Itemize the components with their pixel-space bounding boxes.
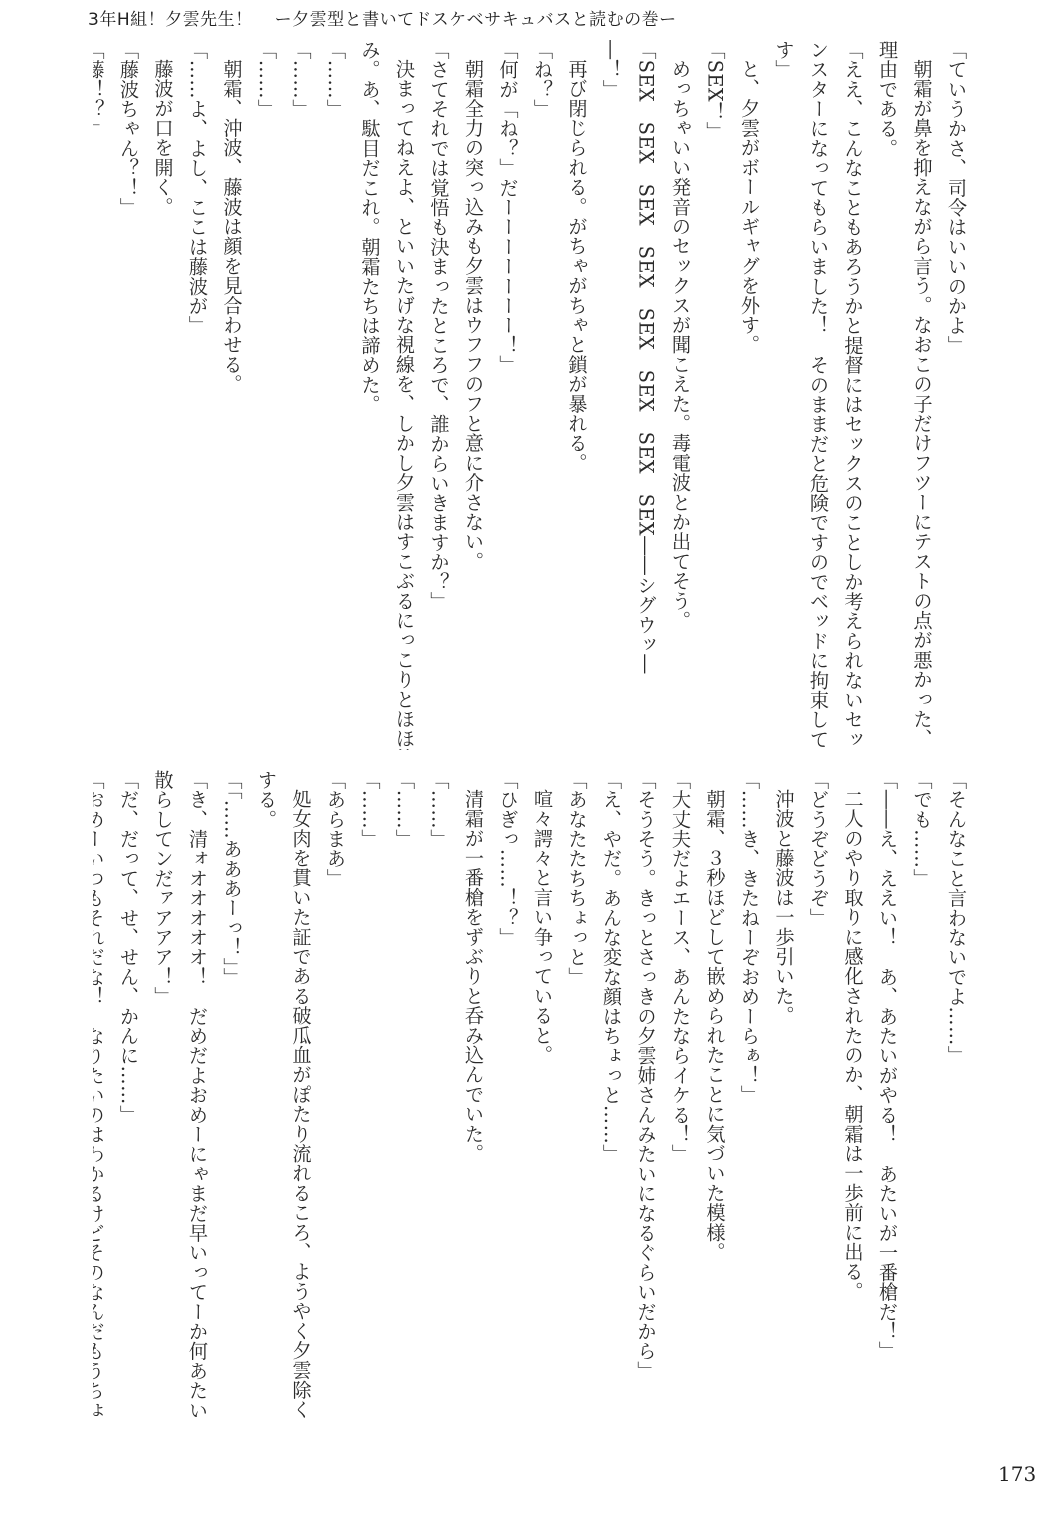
text-line: 「だ、だって、せ、せん、かんに……」 xyxy=(111,770,146,1420)
page-number: 173 xyxy=(998,1462,1038,1486)
text-line: 「SEX SEX SEX SEX SEX SEX SEX SEX――シグウッ― xyxy=(628,40,663,750)
text-line: 朝霜、沖波、藤波は顔を見合わせる。 xyxy=(214,40,249,750)
text-line: 「……」 xyxy=(387,770,422,1420)
text-line: 「おめーいつもそれだな！ なりたいのはわかるけどそのなんだもうちょっと状況の判 xyxy=(93,770,111,1420)
text-line: 「ていうかさ、司令はいいのかよ」 xyxy=(939,40,974,750)
text-line: 「……」 xyxy=(421,770,456,1420)
text-line: 喧々諤々と言い争っていると。 xyxy=(525,770,560,1420)
text-line: 「……」 xyxy=(352,770,387,1420)
series-title: 3年H組！夕雲先生！ xyxy=(88,10,253,30)
text-line: 「……き、きたねーぞおめーらぁ！」 xyxy=(732,770,767,1420)
text-line: 「……よ、よし、ここは藤波が」 xyxy=(180,40,215,750)
text-line: 「藤！？」 xyxy=(93,40,111,750)
text-line: 「ひぎっ……！？」 xyxy=(490,770,525,1420)
text-line: 「SEX！」 xyxy=(697,40,732,750)
text-line: 「あなたたちちょっと」 xyxy=(559,770,594,1420)
text-line: 「藤波ちゃん？！」 xyxy=(111,40,146,750)
text-line: 「ええ、こんなこともあろうかと提督にはセックスのことしか考えられないセックスモ xyxy=(835,40,870,750)
text-line: 理由である。 xyxy=(870,40,905,750)
text-line: 処女肉を貫いた証である破瓜血がぽたり流れるころ、ようやく夕雲除く三人がはっと xyxy=(283,770,318,1420)
text-line: 「え、やだ。あんな変な顔はちょっと……」 xyxy=(594,770,629,1420)
text-line: 清霜が一番槍をずぶりと呑み込んでいた。 xyxy=(456,770,491,1420)
text-line: 「大丈夫だよエース、あんたならイケる！」 xyxy=(663,770,698,1420)
text-line: 朝霜が鼻を抑えながら言う。なおこの子だけフツーにテストの点が悪かった、という xyxy=(904,40,939,750)
text-line: 「――え、ええい！ あ、あたいがやる！ あたいが一番槍だ！」 xyxy=(870,770,905,1420)
text-line: 「……」 xyxy=(249,40,284,750)
text-line: 散らしてンだァアアア！」 xyxy=(145,770,180,1420)
text-line: と、夕雲がボールギャグを外す。 xyxy=(732,40,767,750)
text-line: 朝霜全力の突っ込みも夕雲はウフフのフと意に介さない。 xyxy=(456,40,491,750)
chapter-title: ー夕雲型と書いてドスケベサキュバスと読むの巻ー xyxy=(275,10,677,30)
text-line: 「ね？」 xyxy=(525,40,560,750)
text-line: めっちゃいい発音のセックスが聞こえた。毒電波とか出てそう。 xyxy=(663,40,698,750)
text-line: 沖波と藤波は一歩引いた。 xyxy=(766,770,801,1420)
text-line: 再び閉じられる。がちゃがちゃと鎖が暴れる。 xyxy=(559,40,594,750)
text-line: 「さてそれでは覚悟も決まったところで、誰からいきますか？」 xyxy=(421,40,456,750)
text-block-top: 「ていうかさ、司令はいいのかよ」朝霜が鼻を抑えながら言う。なおこの子だけフツーに… xyxy=(93,40,973,750)
running-head: 3年H組！夕雲先生！ー夕雲型と書いてドスケベサキュバスと読むの巻ー xyxy=(88,6,988,34)
text-block-bottom: 「そんなこと言わないでよ……」「でも……」「――え、ええい！ あ、あたいがやる！… xyxy=(93,770,973,1420)
text-line: 「そうそう。きっとさっきの夕雲姉さんみたいになるぐらいだから」 xyxy=(628,770,663,1420)
text-line: 「何が「ね？」だーーーーーーー！」 xyxy=(490,40,525,750)
text-line: 「き、清ォオオオオオ！ だめだよおめーにゃまだ早いってーか何あたいより先に処女 xyxy=(180,770,215,1420)
text-line: 「でも……」 xyxy=(904,770,939,1420)
text-line: 決まってねえよ、といいたげな視線を、しかし夕雲はすこぶるにっこりとほほ笑むの xyxy=(387,40,422,750)
text-line: ンスターになってもらいました！ そのままだと危険ですのでベッドに拘束してありま xyxy=(801,40,836,750)
text-line: 朝霜、３秒ほどして嵌められたことに気づいた模様。 xyxy=(697,770,732,1420)
text-line: ―！」 xyxy=(594,40,629,750)
text-line: 「……」 xyxy=(318,40,353,750)
text-line: 二人のやり取りに感化されたのか、朝霜は一歩前に出る。 xyxy=(835,770,870,1420)
text-line: 「あらまあ」 xyxy=(318,770,353,1420)
text-line: する。 xyxy=(249,770,284,1420)
text-line: 藤波が口を開く。 xyxy=(145,40,180,750)
text-line: 「「……あああーっ！」」 xyxy=(214,770,249,1420)
text-line: 「そんなこと言わないでよ……」 xyxy=(939,770,974,1420)
text-line: す」 xyxy=(766,40,801,750)
text-line: 「どうぞどうぞ」 xyxy=(801,770,836,1420)
text-line: 「……」 xyxy=(283,40,318,750)
text-line: み。あ、駄目だこれ。朝霜たちは諦めた。 xyxy=(352,40,387,750)
